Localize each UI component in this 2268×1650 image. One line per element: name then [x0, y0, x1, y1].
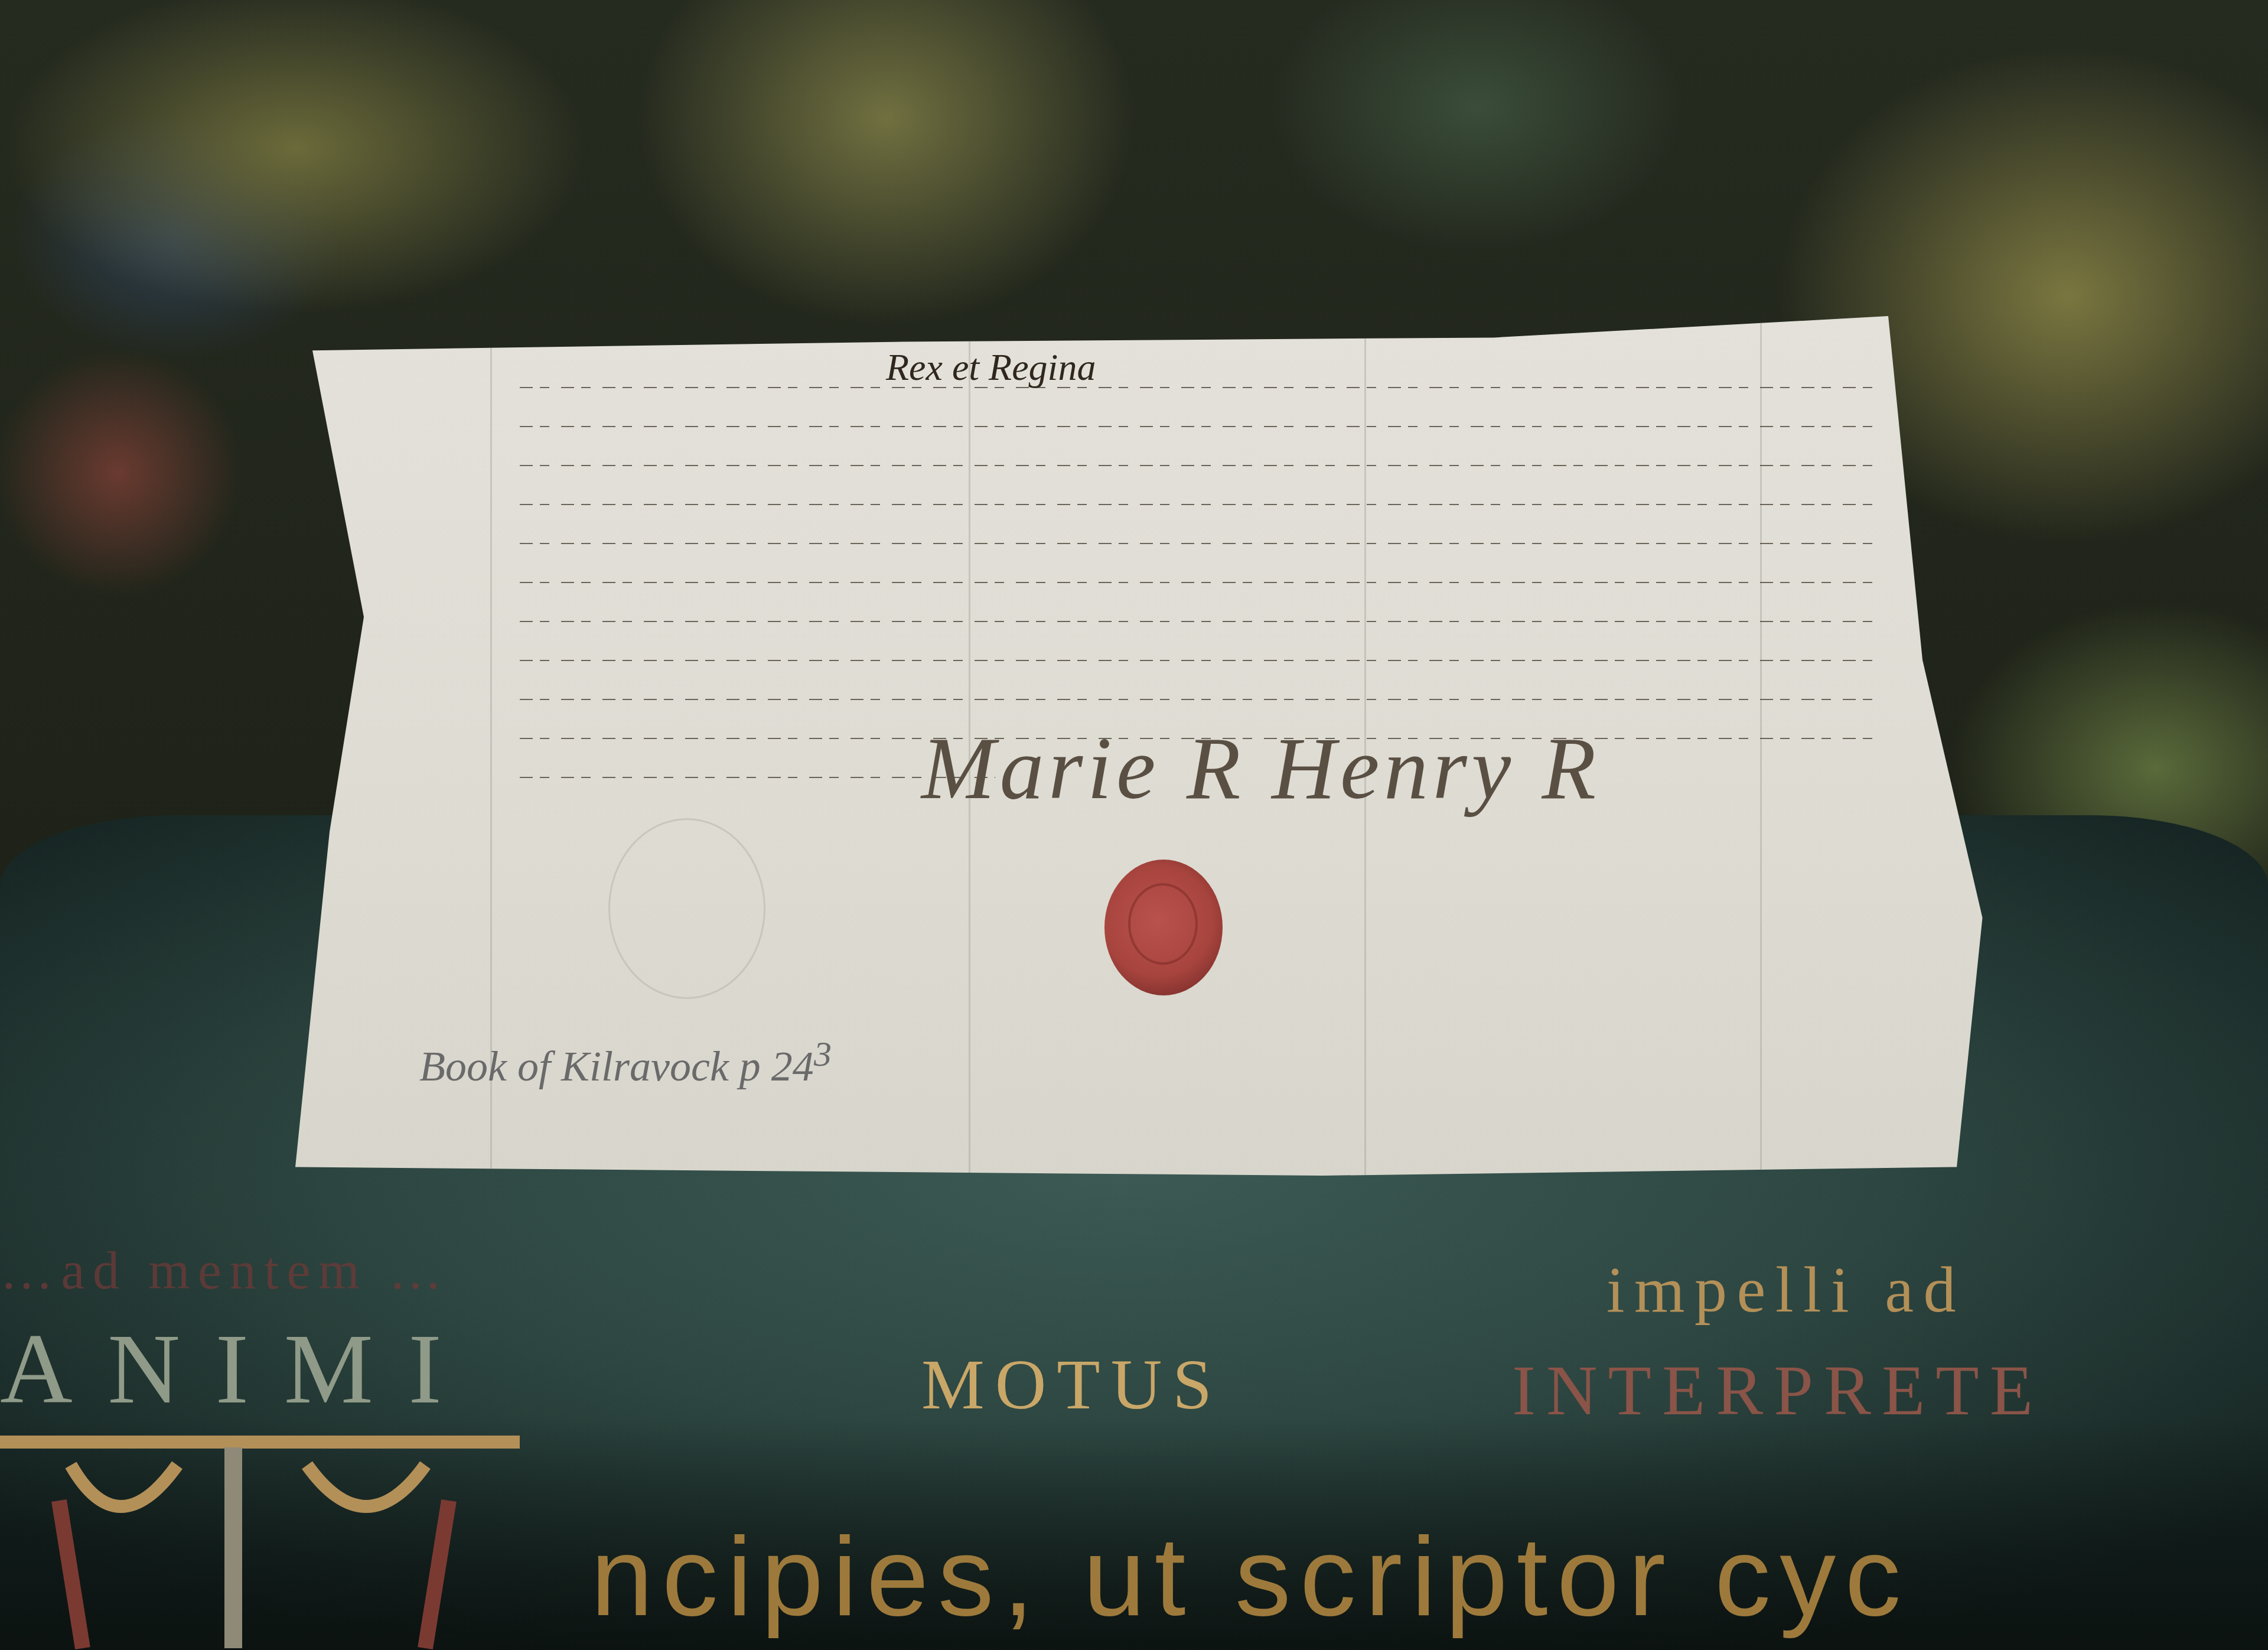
historic-document: Rex et Regina Marie R Henry R Book of Ki… [295, 316, 2008, 1176]
cushion-text-animi: ANIMI [0, 1311, 477, 1427]
pencil-annotation: Book of Kilravock p 243 [419, 1034, 832, 1091]
cushion-text-upper: …ad mentem … [0, 1241, 450, 1301]
ghost-seal-impression [608, 818, 765, 999]
royal-signature: Marie R Henry R [921, 718, 1601, 819]
wax-seal [1104, 860, 1223, 995]
cushion-text-incipies: ncipies, ut scriptor cyc [591, 1512, 1910, 1641]
cushion-text-motus: MOTUS [921, 1344, 1223, 1426]
illuminated-letter-icon [0, 1430, 520, 1650]
document-heading: Rex et Regina [886, 346, 1096, 389]
cushion-text-impelli: impelli ad [1606, 1252, 1966, 1327]
